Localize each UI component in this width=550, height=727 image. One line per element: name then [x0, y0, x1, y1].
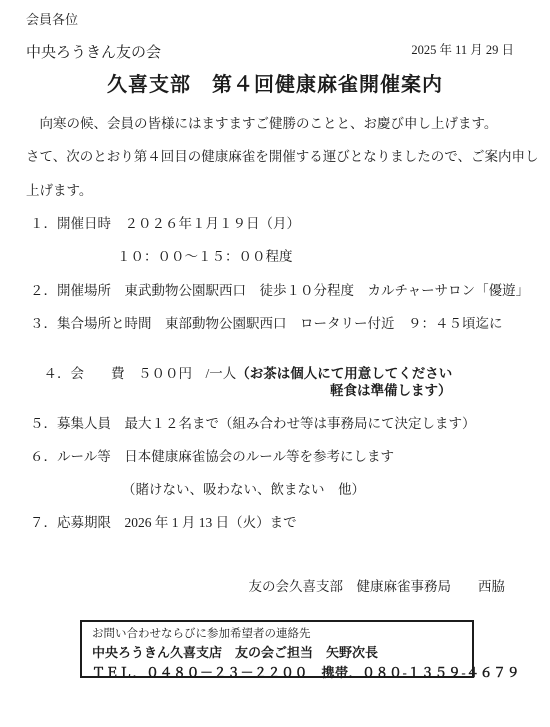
item-6-rules-line: ６．ルール等 日本健康麻雀協会のルール等を参考にします	[30, 449, 394, 466]
contact-box-staff: 中央ろうきん久喜支店 友の会ご担当 矢野次長	[92, 643, 472, 663]
item-4-fee-text: ４．会 費 ５００円 /一人	[44, 366, 237, 381]
item-3-meeting-line: ３．集合場所と時間 東部動物公園駅西口 ロータリー付近 ９：４５頃迄に	[30, 316, 503, 333]
item-5-capacity-line: ５．募集人員 最大１２名まで（組み合わせ等は事務局にて決定します）	[30, 416, 476, 433]
intro-line-2: さて、次のとおり第４回目の健康麻雀を開催する運びとなりましたので、ご案内申し	[26, 149, 538, 166]
sender-line: 中央ろうきん友の会	[26, 44, 161, 63]
item-2-venue-line: ２．開催場所 東武動物公園駅西口 徒歩１０分程度 カルチャーサロン「優遊」	[30, 283, 529, 300]
item-4-snack-note: 軽食は準備します）	[330, 383, 452, 400]
document-title: 久喜支部 第４回健康麻雀開催案内	[0, 73, 550, 98]
item-6-rules-note: （賭けない、吸わない、飲まない 他）	[122, 482, 365, 499]
signature-line: 友の会久喜支部 健康麻雀事務局 西脇	[249, 579, 506, 596]
document-date: 2025 年 11 月 29 日	[411, 43, 514, 59]
intro-line-3: 上げます。	[26, 183, 92, 200]
item-4-tea-note: （お茶は個人にて用意してください	[236, 366, 452, 381]
item-1-date-line: １．開催日時 ２０２６年１月１９日（月）	[30, 216, 300, 233]
item-7-deadline-line: ７．応募期限 2026 年 1 月 13 日（火）まで	[30, 515, 297, 532]
contact-box-title: お問い合わせならびに参加希望者の連絡先	[92, 626, 472, 643]
contact-box: お問い合わせならびに参加希望者の連絡先 中央ろうきん久喜支店 友の会ご担当 矢野…	[80, 620, 474, 678]
item-1-time-line: １０：００～１５：００程度	[117, 249, 293, 266]
intro-line-1: 向寒の候、会員の皆様にはますますご健勝のことと、お慶び申し上げます。	[26, 116, 497, 133]
contact-box-phone: ＴＥＬ．０４８０－２３－２２００ 携帯．０８０-１３５９-４６７９	[92, 663, 472, 683]
recipient-line: 会員各位	[26, 12, 78, 28]
document-page: 会員各位 中央ろうきん友の会 2025 年 11 月 29 日 久喜支部 第４回…	[0, 0, 550, 727]
